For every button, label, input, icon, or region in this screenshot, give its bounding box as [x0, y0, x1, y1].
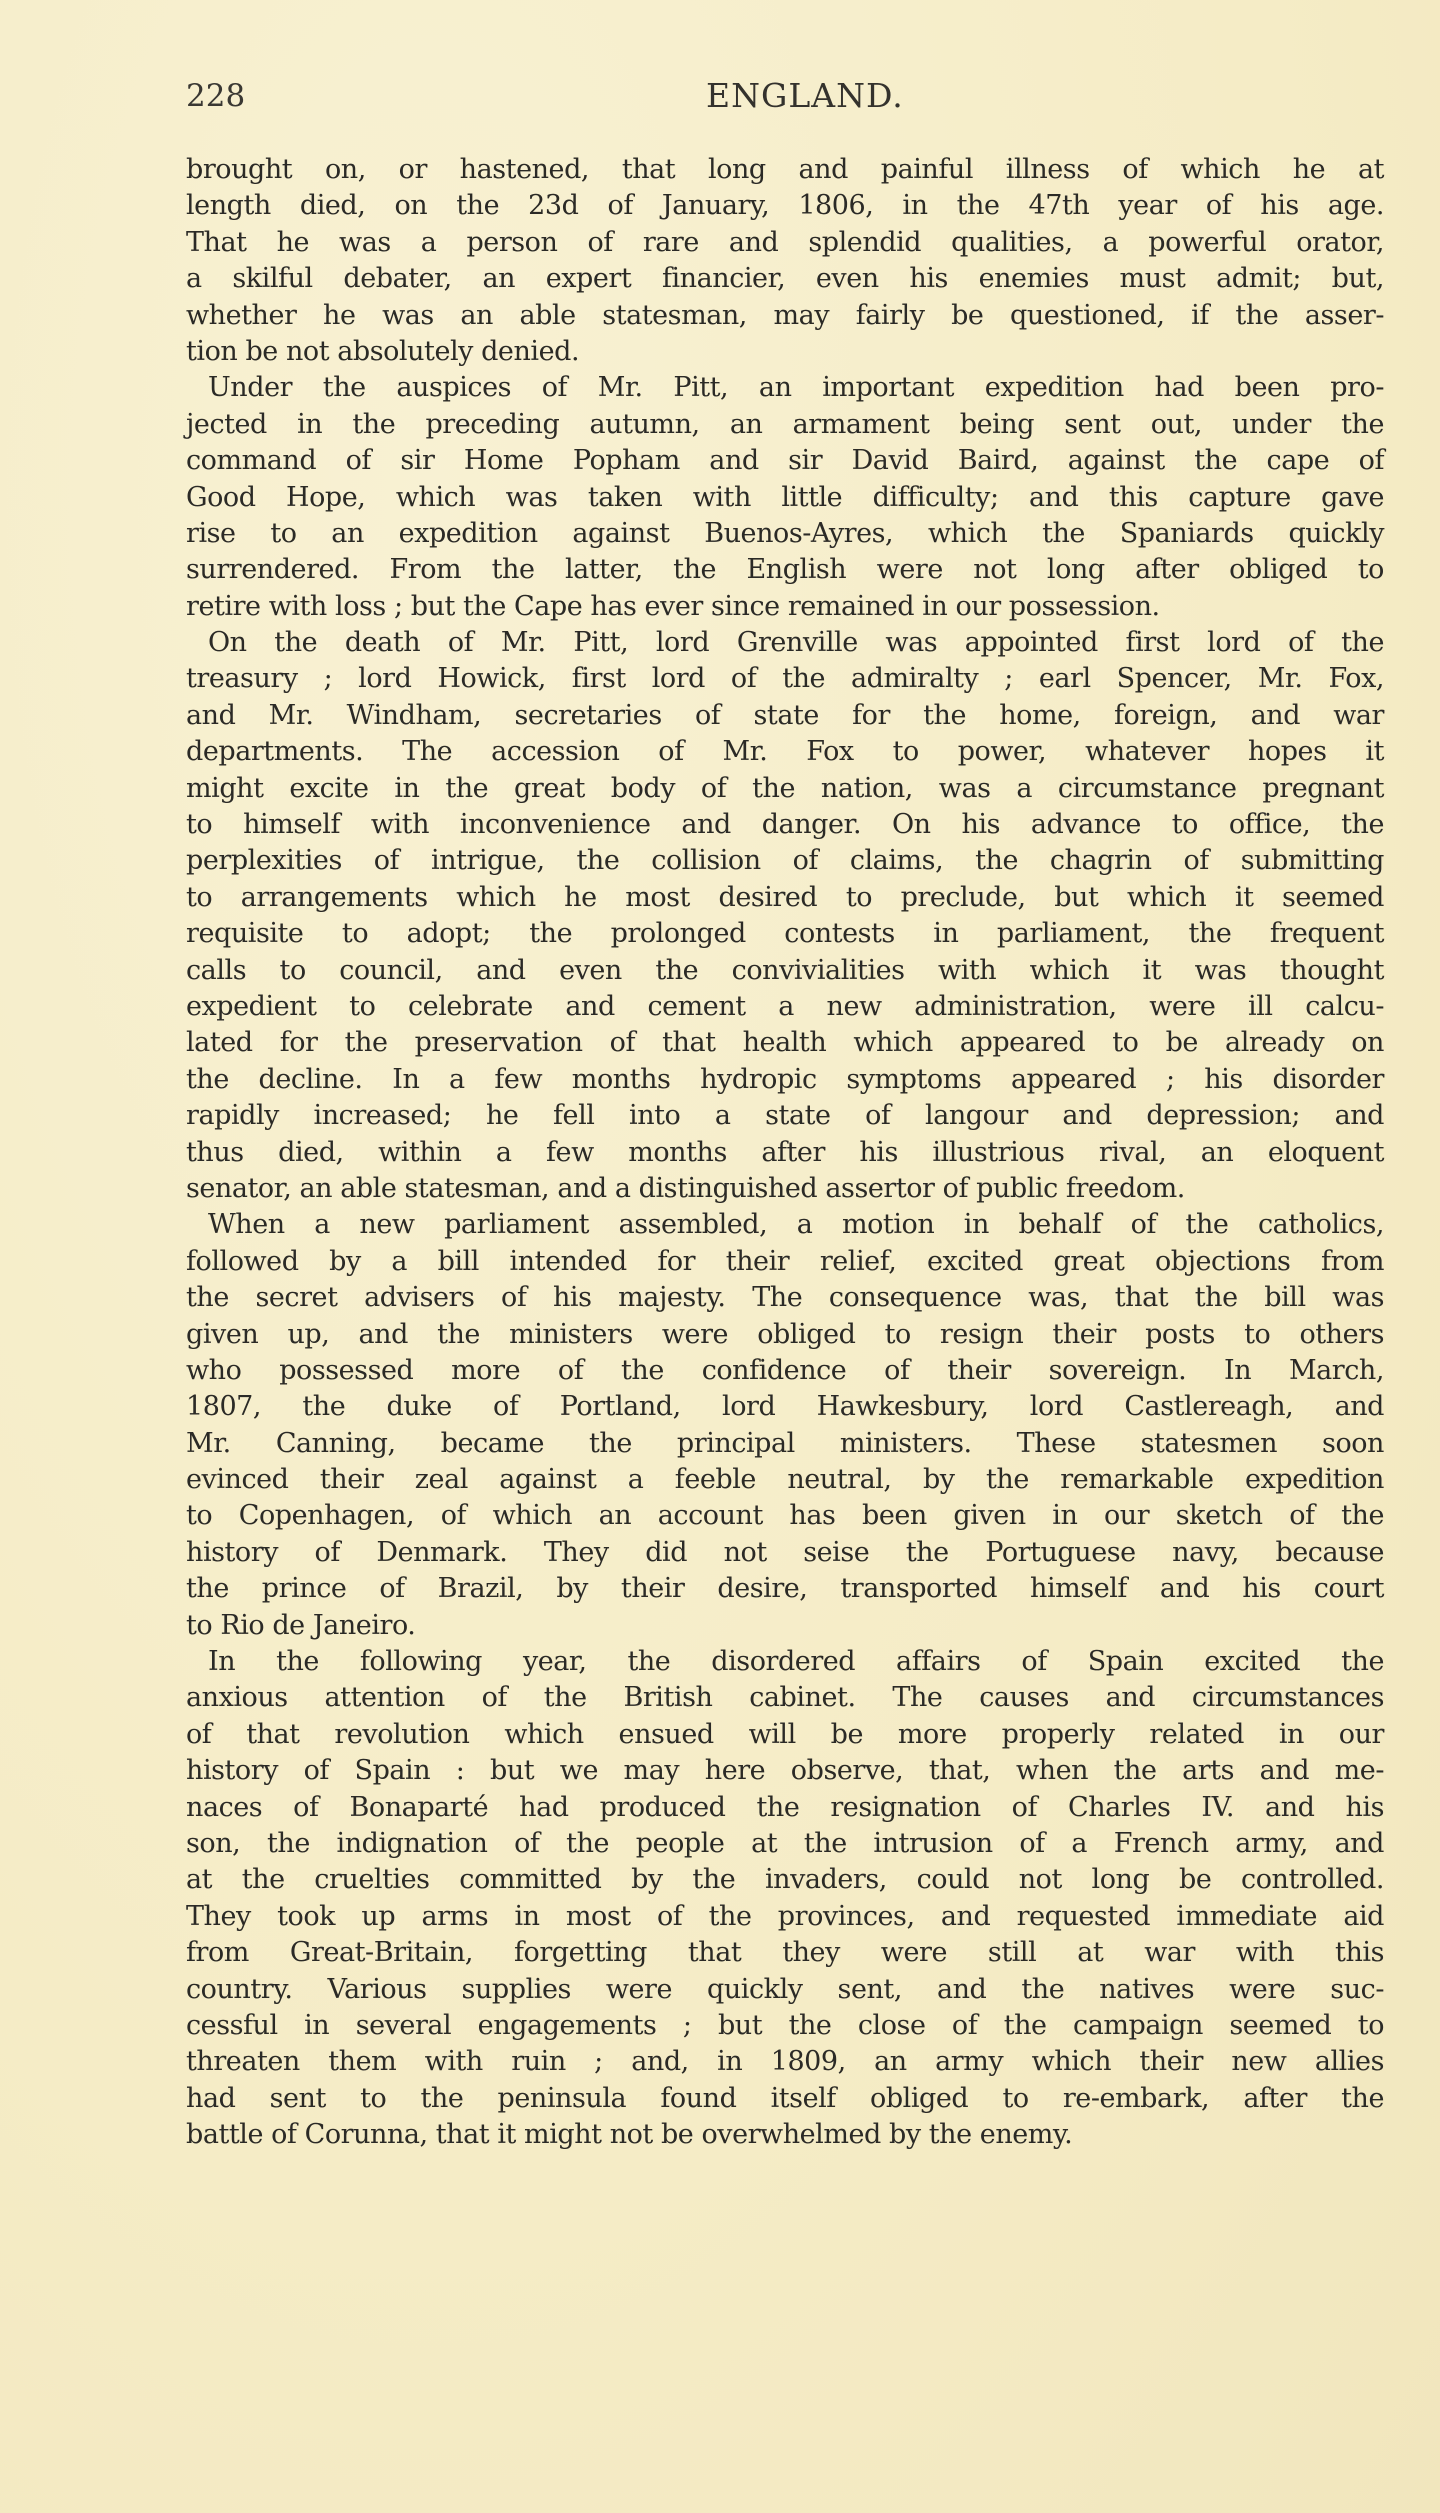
paragraph: Under the auspices of Mr. Pitt, an impor… [186, 370, 1384, 625]
text-line: to arrangements which he most desired to… [186, 880, 1384, 916]
text-line: command of sir Home Popham and sir David… [186, 443, 1384, 479]
text-line: treasury ; lord Howick, first lord of th… [186, 661, 1384, 697]
text-line: tion be not absolutely denied. [186, 334, 1384, 370]
text-line: of that revolution which ensued will be … [186, 1717, 1384, 1753]
text-line: jected in the preceding autumn, an armam… [186, 407, 1384, 443]
paragraph: In the following year, the disordered af… [186, 1644, 1384, 2153]
text-line: calls to council, and even the convivial… [186, 953, 1384, 989]
text-line: history of Denmark. They did not seise t… [186, 1535, 1384, 1571]
text-line: Under the auspices of Mr. Pitt, an impor… [186, 370, 1384, 406]
text-line: That he was a person of rare and splendi… [186, 225, 1384, 261]
text-line: history of Spain : but we may here obser… [186, 1753, 1384, 1789]
body-text: brought on, or hastened, that long and p… [186, 152, 1384, 2153]
text-line: rapidly increased; he fell into a state … [186, 1098, 1384, 1134]
text-line: cessful in several engagements ; but the… [186, 2008, 1384, 2044]
paragraph: On the death of Mr. Pitt, lord Grenville… [186, 625, 1384, 1207]
text-line: country. Various supplies were quickly s… [186, 1972, 1384, 2008]
text-line: length died, on the 23d of January, 1806… [186, 188, 1384, 224]
text-line: rise to an expedition against Buenos-Ayr… [186, 516, 1384, 552]
text-line: evinced their zeal against a feeble neut… [186, 1462, 1384, 1498]
running-title: ENGLAND. [706, 76, 904, 115]
text-line: battle of Corunna, that it might not be … [186, 2117, 1384, 2153]
text-line: When a new parliament assembled, a motio… [186, 1207, 1384, 1243]
paragraph: When a new parliament assembled, a motio… [186, 1207, 1384, 1644]
text-line: retire with loss ; but the Cape has ever… [186, 589, 1384, 625]
text-line: expedient to celebrate and cement a new … [186, 989, 1384, 1025]
text-line: might excite in the great body of the na… [186, 771, 1384, 807]
text-line: On the death of Mr. Pitt, lord Grenville… [186, 625, 1384, 661]
text-line: Good Hope, which was taken with little d… [186, 480, 1384, 516]
text-line: the secret advisers of his majesty. The … [186, 1280, 1384, 1316]
text-line: Mr. Canning, became the principal minist… [186, 1426, 1384, 1462]
text-line: whether he was an able statesman, may fa… [186, 298, 1384, 334]
text-line: to Rio de Janeiro. [186, 1608, 1384, 1644]
text-line: son, the indignation of the people at th… [186, 1826, 1384, 1862]
text-line: departments. The accession of Mr. Fox to… [186, 734, 1384, 770]
text-line: a skilful debater, an expert financier, … [186, 261, 1384, 297]
text-line: They took up arms in most of the provinc… [186, 1899, 1384, 1935]
text-line: thus died, within a few months after his… [186, 1135, 1384, 1171]
text-line: at the cruelties committed by the invade… [186, 1862, 1384, 1898]
text-line: brought on, or hastened, that long and p… [186, 152, 1384, 188]
text-line: threaten them with ruin ; and, in 1809, … [186, 2044, 1384, 2080]
text-line: to himself with inconvenience and danger… [186, 807, 1384, 843]
text-line: naces of Bonaparté had produced the resi… [186, 1790, 1384, 1826]
text-line: perplexities of intrigue, the collision … [186, 843, 1384, 879]
text-line: requisite to adopt; the prolonged contes… [186, 916, 1384, 952]
text-line: 1807, the duke of Portland, lord Hawkesb… [186, 1389, 1384, 1425]
page-number: 228 [186, 78, 245, 114]
text-line: given up, and the ministers were obliged… [186, 1317, 1384, 1353]
text-line: followed by a bill intended for their re… [186, 1244, 1384, 1280]
text-line: the prince of Brazil, by their desire, t… [186, 1571, 1384, 1607]
text-line: the decline. In a few months hydropic sy… [186, 1062, 1384, 1098]
page-header: 228 ENGLAND. [186, 70, 1384, 120]
text-line: senator, an able statesman, and a distin… [186, 1171, 1384, 1207]
text-line: to Copenhagen, of which an account has b… [186, 1498, 1384, 1534]
text-line: who possessed more of the confidence of … [186, 1353, 1384, 1389]
text-line: and Mr. Windham, secretaries of state fo… [186, 698, 1384, 734]
text-line: anxious attention of the British cabinet… [186, 1680, 1384, 1716]
text-line: from Great-Britain, forgetting that they… [186, 1935, 1384, 1971]
text-line: surrendered. From the latter, the Englis… [186, 552, 1384, 588]
text-line: lated for the preservation of that healt… [186, 1025, 1384, 1061]
text-line: In the following year, the disordered af… [186, 1644, 1384, 1680]
text-line: had sent to the peninsula found itself o… [186, 2081, 1384, 2117]
paragraph: brought on, or hastened, that long and p… [186, 152, 1384, 370]
